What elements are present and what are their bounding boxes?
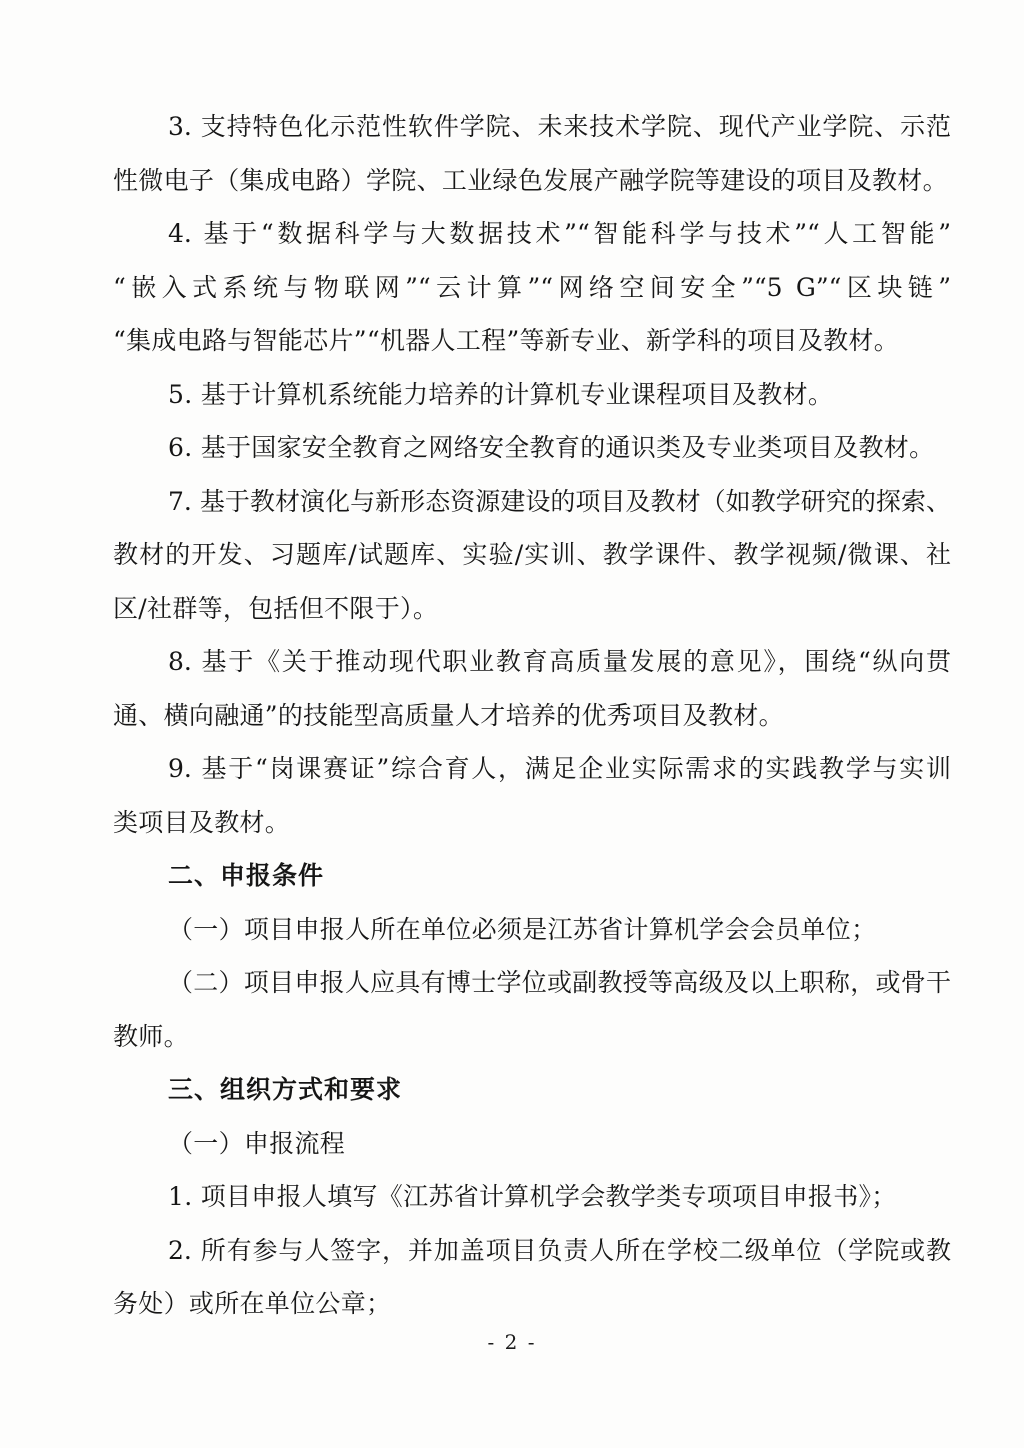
section-2-heading: 二、申报条件 [113,849,951,903]
condition-1-line-1: （一）项目申报人所在单位必须是江苏省计算机学会会员单位； [113,903,951,957]
item-7-line-2: 教材的开发、习题库/试题库、实验/实训、教学课件、教学视频/微课、社 [113,528,951,582]
item-7-line-3: 区/社群等，包括但不限于）。 [113,582,951,636]
page-number: - 2 - [0,1330,1024,1354]
section-3-heading: 三、组织方式和要求 [113,1063,951,1117]
condition-2-line-1: （二）项目申报人应具有博士学位或副教授等高级及以上职称，或骨干 [113,956,951,1010]
item-5-line-1: 5. 基于计算机系统能力培养的计算机专业课程项目及教材。 [113,368,951,422]
item-4-line-2: “嵌入式系统与物联网”“云计算”“网络空间安全”“5 G”“区块链” [113,261,951,315]
item-9-line-1: 9. 基于“岗课赛证”综合育人，满足企业实际需求的实践教学与实训 [113,742,951,796]
subsection-1-heading-line-1: （一）申报流程 [113,1117,951,1171]
document-page: 3. 支持特色化示范性软件学院、未来技术学院、现代产业学院、示范性微电子（集成电… [0,0,1024,1448]
document-body: 3. 支持特色化示范性软件学院、未来技术学院、现代产业学院、示范性微电子（集成电… [113,100,951,1331]
item-4-line-1: 4. 基于“数据科学与大数据技术”“智能科学与技术”“人工智能” [113,207,951,261]
item-9-line-2: 类项目及教材。 [113,796,951,850]
item-4-line-3: “集成电路与智能芯片”“机器人工程”等新专业、新学科的项目及教材。 [113,314,951,368]
step-2-line-1: 2. 所有参与人签字，并加盖项目负责人所在学校二级单位（学院或教 [113,1224,951,1278]
item-6-line-1: 6. 基于国家安全教育之网络安全教育的通识类及专业类项目及教材。 [113,421,951,475]
item-8-line-2: 通、横向融通”的技能型高质量人才培养的优秀项目及教材。 [113,689,951,743]
item-3-line-2: 性微电子（集成电路）学院、工业绿色发展产融学院等建设的项目及教材。 [113,154,951,208]
condition-2-line-2: 教师。 [113,1010,951,1064]
item-8-line-1: 8. 基于《关于推动现代职业教育高质量发展的意见》，围绕“纵向贯 [113,635,951,689]
item-3-line-1: 3. 支持特色化示范性软件学院、未来技术学院、现代产业学院、示范 [113,100,951,154]
step-2-line-2: 务处）或所在单位公章； [113,1277,951,1331]
step-1-line-1: 1. 项目申报人填写《江苏省计算机学会教学类专项项目申报书》； [113,1170,951,1224]
item-7-line-1: 7. 基于教材演化与新形态资源建设的项目及教材（如教学研究的探索、 [113,475,951,529]
